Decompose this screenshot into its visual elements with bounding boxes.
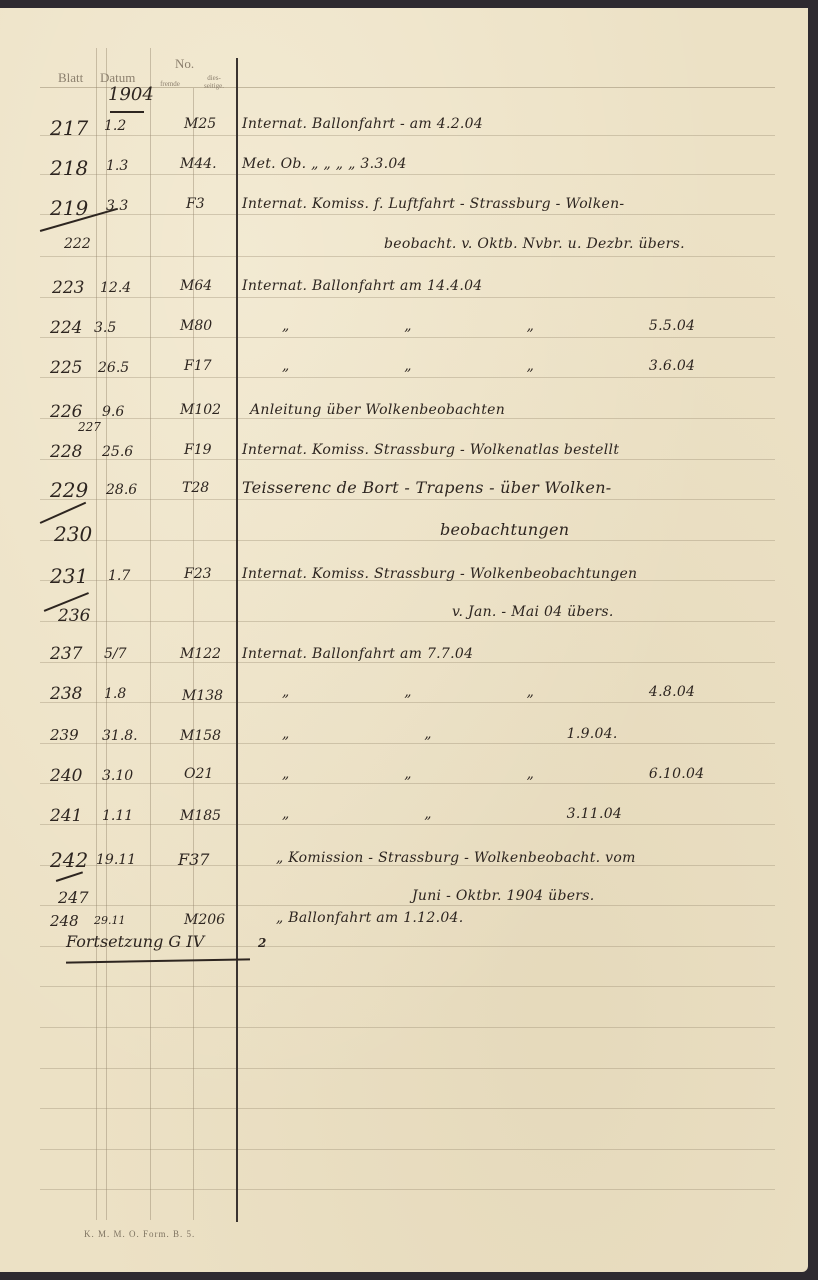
reference-number: M102 (180, 402, 221, 418)
year-underline (110, 111, 144, 113)
reference-number: T28 (182, 480, 209, 496)
entry-text: Internat. Komiss. Strassburg - Wolkenatl… (242, 442, 619, 458)
blatt-range-end: 227 (78, 420, 101, 434)
entry-text-continued: Juni - Oktbr. 1904 übers. (412, 888, 595, 904)
entry-text: „ Ballonfahrt am 1.12.04. (276, 910, 464, 926)
date: 3.10 (102, 768, 133, 784)
continuation-mark: 2 (258, 936, 266, 950)
header-diesseitige: dies- seitige. (193, 74, 235, 90)
entry-text: Met. Ob. „ „ „ „ 3.3.04 (242, 156, 407, 172)
entry-text: „ Komission - Strassburg - Wolkenbeobach… (276, 850, 636, 866)
date: 26.5 (98, 360, 129, 376)
entry-text: Internat. Komiss. Strassburg - Wolkenbeo… (242, 566, 637, 582)
blatt-number: 239 (50, 726, 79, 744)
date: 9.6 (102, 404, 124, 420)
column-divider (106, 48, 107, 1220)
reference-number: F3 (186, 196, 205, 212)
blatt-number: 241 (50, 806, 82, 826)
reference-number: M206 (184, 912, 225, 928)
register-page: Blatt Datum No. fremde dies- seitige. 19… (0, 8, 808, 1272)
blatt-number: 224 (50, 318, 82, 338)
header-fremde: fremde (148, 80, 192, 88)
range-slash (40, 502, 86, 524)
range-slash (56, 871, 83, 881)
reference-number: F37 (178, 850, 209, 869)
blatt-number: 219 (50, 196, 88, 220)
reference-number: F23 (184, 566, 212, 582)
entry-text: „ „ „ 6.10.04 (282, 766, 704, 782)
blatt-range-end: 222 (64, 236, 91, 252)
reference-number: M158 (180, 728, 221, 744)
entry-text: Internat. Ballonfahrt am 7.7.04 (242, 646, 473, 662)
reference-number: M25 (184, 116, 216, 132)
blatt-number: 228 (50, 442, 82, 462)
column-divider (150, 48, 151, 1220)
date: 29.11 (94, 914, 126, 927)
blatt-number: 218 (50, 156, 88, 180)
blatt-number: 225 (50, 358, 82, 378)
blatt-number: 242 (50, 848, 88, 872)
entry-text-continued: v. Jan. - Mai 04 übers. (452, 604, 614, 620)
date: 3.3 (106, 198, 128, 214)
date: 1.2 (104, 118, 126, 134)
entry-text: „ „ 1.9.04. (282, 726, 618, 742)
main-column-divider (236, 58, 238, 1222)
year-label: 1904 (108, 84, 154, 105)
entry-text: Internat. Ballonfahrt - am 4.2.04 (242, 116, 483, 132)
blatt-number: 223 (52, 278, 84, 298)
date: 1.11 (102, 808, 133, 824)
date: 19.11 (96, 852, 136, 868)
entry-text: Anleitung über Wolkenbeobachten (250, 402, 505, 418)
date: 28.6 (106, 482, 137, 498)
date: 1.8 (104, 686, 126, 702)
entry-text: „ „ „ 3.6.04 (282, 358, 695, 374)
blatt-range-end: 247 (58, 888, 89, 907)
date: 12.4 (100, 280, 131, 296)
entry-text-continued: beobachtungen (440, 520, 569, 539)
reference-number: F19 (184, 442, 212, 458)
reference-number: M138 (182, 688, 223, 704)
entry-text: Internat. Ballonfahrt am 14.4.04 (242, 278, 483, 294)
date: 3.5 (94, 320, 116, 336)
date: 1.3 (106, 158, 128, 174)
reference-number: M80 (180, 318, 212, 334)
continuation-underline (66, 958, 250, 963)
reference-number: M185 (180, 808, 221, 824)
reference-number: O21 (184, 766, 213, 782)
reference-number: M64 (180, 278, 212, 294)
entry-text: „ „ „ 5.5.04 (282, 318, 695, 334)
reference-number: M44. (180, 156, 217, 172)
blatt-number: 248 (50, 912, 79, 930)
blatt-number: 229 (50, 478, 88, 502)
blatt-number: 237 (50, 644, 82, 664)
blatt-number: 231 (50, 564, 88, 588)
entry-text: „ „ „ 4.8.04 (282, 684, 695, 700)
entry-text: „ „ 3.11.04 (282, 806, 622, 822)
reference-number: M122 (180, 646, 221, 662)
entry-text-continued: beobacht. v. Oktb. Nvbr. u. Dezbr. übers… (384, 236, 685, 252)
blatt-number: 240 (50, 766, 82, 786)
reference-number: F17 (184, 358, 212, 374)
blatt-range-end: 236 (58, 606, 90, 626)
blatt-number: 226 (50, 402, 82, 422)
date: 31.8. (102, 728, 138, 744)
entry-text: Internat. Komiss. f. Luftfahrt - Strassb… (242, 196, 624, 212)
date: 1.7 (108, 568, 130, 584)
header-no: No. (175, 56, 194, 72)
blatt-number: 217 (50, 116, 88, 140)
form-identifier: K. M. M. O. Form. B. 5. (84, 1229, 195, 1239)
date: 5/7 (104, 646, 127, 662)
continuation-note: Fortsetzung G IV (66, 932, 204, 951)
blatt-number: 238 (50, 684, 82, 704)
column-divider (96, 48, 97, 1220)
date: 25.6 (102, 444, 133, 460)
entry-text: Teisserenc de Bort - Trapens - über Wolk… (242, 478, 612, 497)
blatt-range-end: 230 (54, 522, 92, 546)
header-blatt: Blatt (58, 70, 83, 86)
